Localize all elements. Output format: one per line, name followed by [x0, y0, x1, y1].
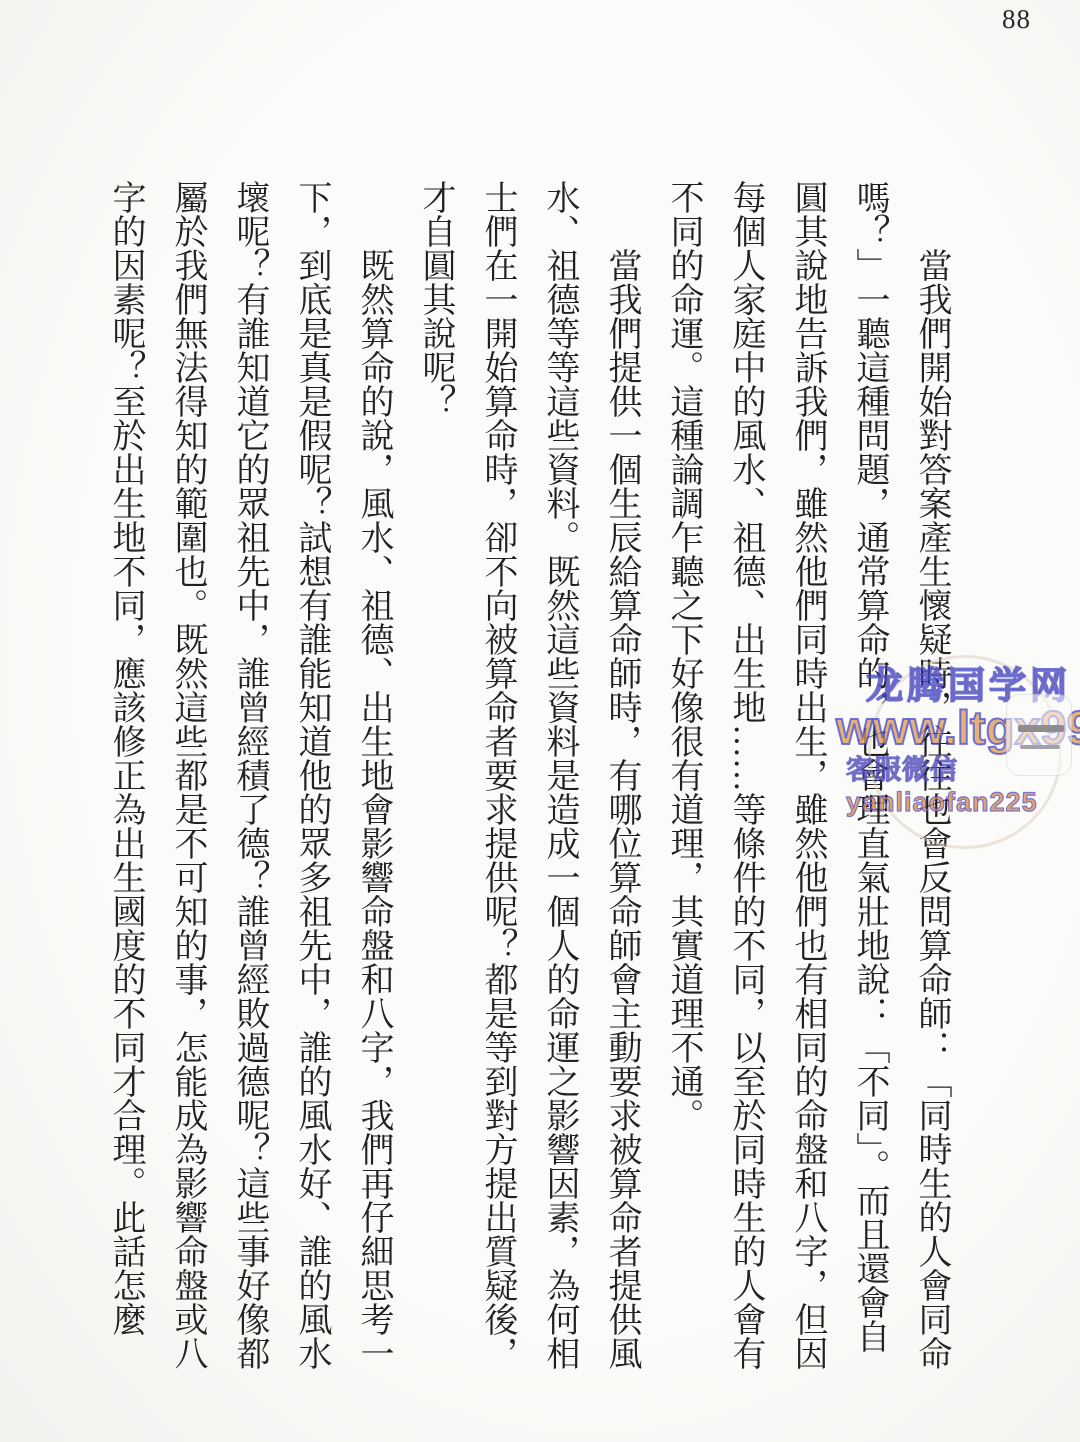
page-number: 88 [1002, 4, 1031, 35]
menu-handle-bar-icon [1020, 745, 1060, 749]
menu-handle-bar-icon [1018, 725, 1064, 732]
body-text: 當我們開始對答案產生懷疑時，往往也會反問算命師：「同時生的人會同命嗎？」一聽這種… [94, 180, 962, 1372]
book-page: { "page": { "number": "88", "paragraphs"… [0, 0, 1080, 1442]
paragraph-3: 既然算命的說，風水、祖德、出生地會影響命盤和八字，我們再仔細思考一下，到底是真是… [94, 180, 404, 1372]
floating-menu-handle[interactable] [1006, 694, 1072, 776]
paragraph-2: 當我們提供一個生辰給算命師時，有哪位算命師會主動要求被算命者提供風水、祖德等等這… [404, 180, 652, 1372]
